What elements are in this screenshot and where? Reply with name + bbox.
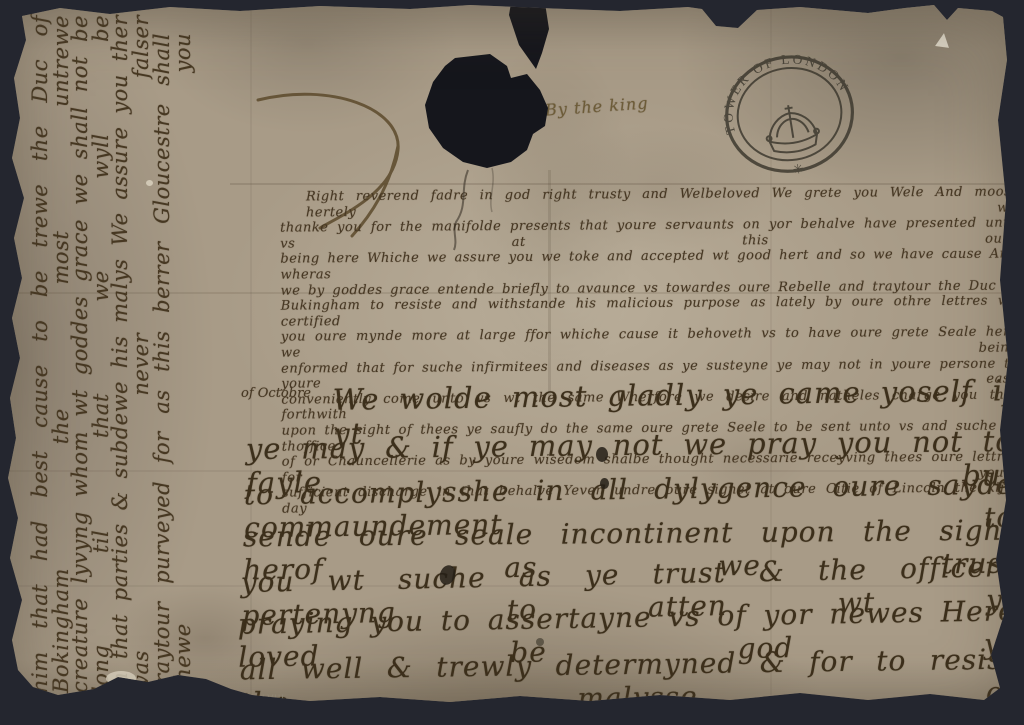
light-damage-patch: [935, 32, 951, 48]
manuscript-sheet: By the king TOWER OF LONDON ✳ Right reve…: [0, 0, 1024, 725]
ink-blot: [596, 447, 608, 462]
ink-blot: [536, 638, 544, 646]
superscription: By the king: [544, 93, 649, 119]
tower-of-london-stamp: TOWER OF LONDON ✳: [697, 30, 883, 204]
parchment-tear: [505, 3, 551, 75]
ink-blot: [600, 478, 609, 489]
parchment-hole: [415, 50, 560, 175]
body-line: you oure mynde more at large ffor whiche…: [281, 325, 1018, 361]
margin-line: in that parties & subdewe his malys We a…: [110, 15, 152, 693]
margin-line: him that had best cause to be trewe the …: [30, 15, 72, 693]
margin-line: creature lyvyng whom wt goddes grace we …: [70, 15, 112, 693]
postscript-line: all well & trewly determyned & for to re…: [240, 643, 1016, 720]
light-damage-patch: [146, 180, 153, 186]
crown-icon: [762, 101, 822, 156]
shelf-mark: LVIII: [262, 693, 285, 703]
photo-background: By the king TOWER OF LONDON ✳ Right reve…: [0, 0, 1024, 725]
date-line: of Octobre: [241, 386, 311, 401]
asterisk-icon: ✳: [792, 162, 805, 179]
body-line: being here Whiche we assure you we toke …: [280, 247, 1017, 283]
margin-line: traytour purveyed for as this berrer Glo…: [152, 33, 194, 693]
light-damage-patch: [106, 671, 136, 686]
